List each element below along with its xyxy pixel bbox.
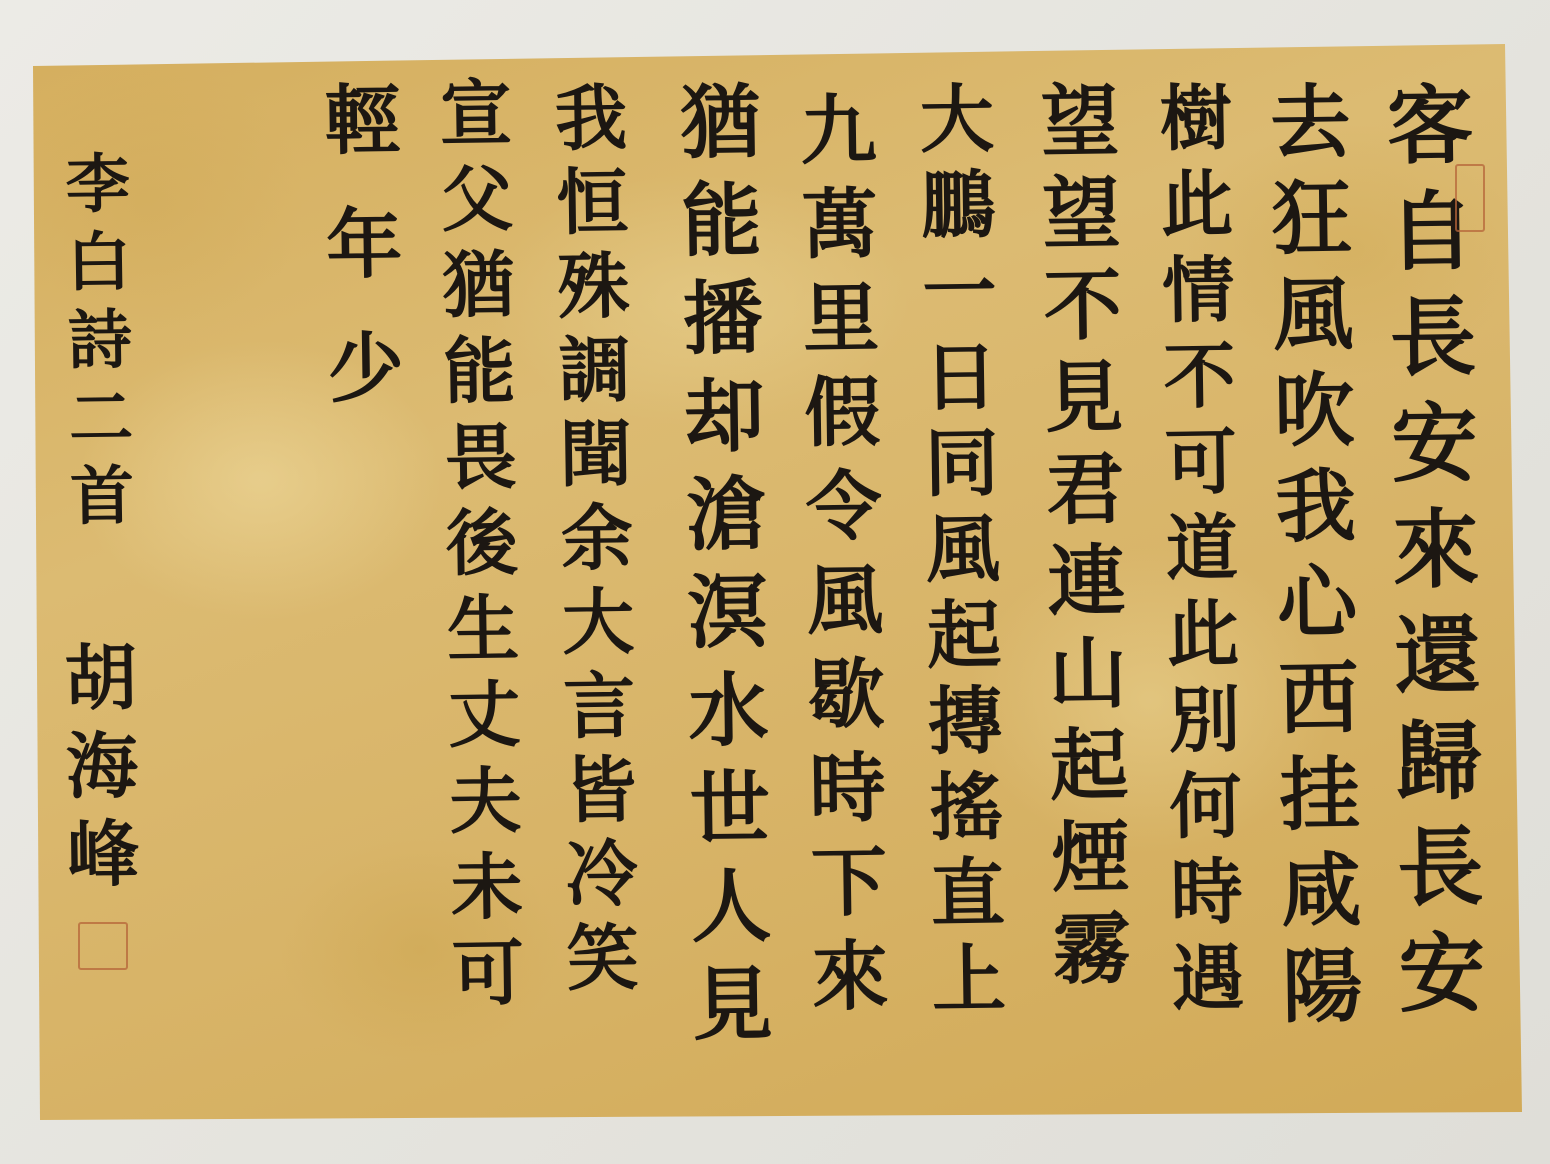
text-column-4: 望望不見君連山起煙霧 [1034,80,1125,1001]
name-seal [78,922,128,970]
text-column-8: 我恒殊調聞余大言皆冷笑 [549,80,634,1005]
text-column-7: 猶能播却滄溟水世人見 [673,79,767,1060]
text-column-2: 去狂風吹我心西挂咸陽 [1263,79,1356,1040]
text-column-3: 樹此情不可道此別何時遇 [1153,80,1238,1027]
text-column-6: 九萬里假令風歇時下來 [793,90,882,1031]
inscription-title: 李白詩二首 [59,150,128,541]
leading-seal [1455,164,1485,232]
text-column-10: 輕年少 [317,79,398,452]
text-column-9: 宣父猶能畏後生丈夫未可 [433,75,518,1022]
text-column-5: 大鵬一日同風起摶搖直上 [913,80,1000,1027]
artist-signature: 胡海峰 [58,640,134,905]
